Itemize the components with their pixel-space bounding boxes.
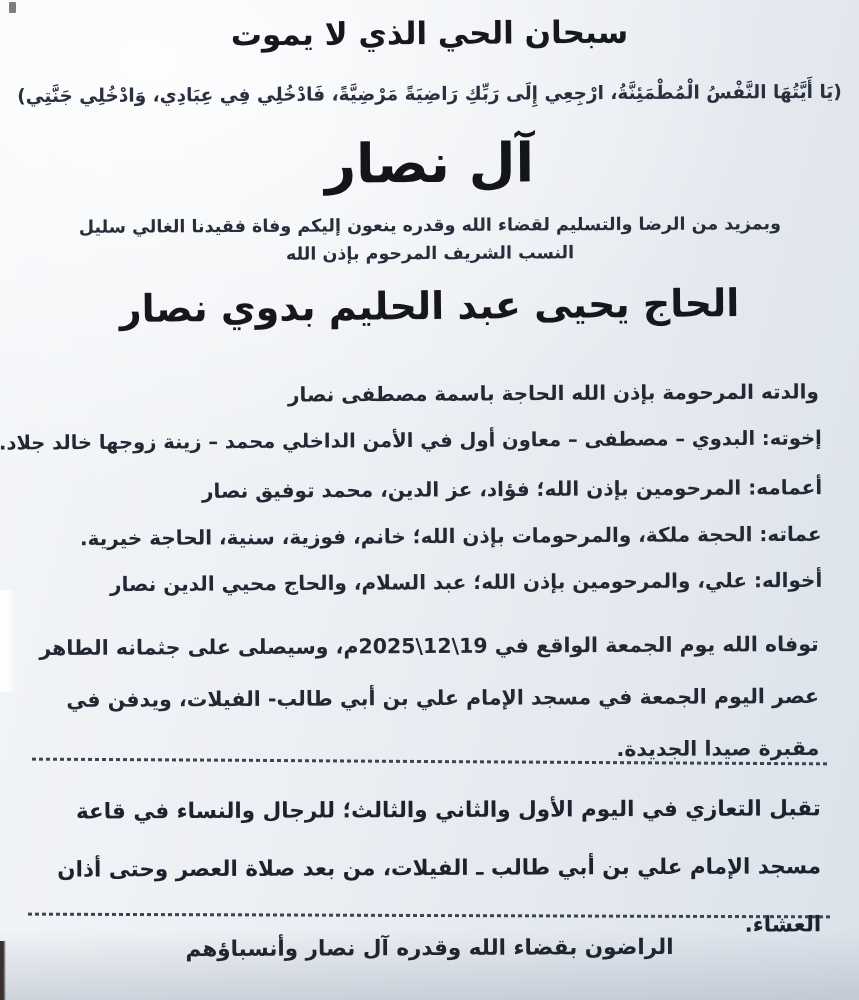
- closing-line: الراضون بقضاء الله وقدره آل نصار وأنسباؤ…: [0, 934, 859, 963]
- funeral-details: توفاه الله يوم الجمعة الواقع في 19\12\20…: [37, 618, 820, 778]
- mother-line: والدته المرحومة بإذن الله الحاجة باسمة م…: [288, 379, 819, 406]
- tasbih-heading: سبحان الحي الذي لا يموت: [0, 13, 859, 55]
- table-edge-dark-strip: [0, 941, 6, 1000]
- paper-edge-highlight: [0, 590, 16, 692]
- paternal-uncles-line: أعمامه: المرحومين بإذن الله؛ فؤاد، عز ال…: [202, 475, 822, 503]
- quran-verse: (يَا أَيَّتُهَا النَّفْسُ الْمُطْمَئِنَّ…: [0, 82, 859, 107]
- condolences-text: تقبل التعازي في اليوم الأول والثاني والث…: [33, 780, 822, 957]
- obituary-photo: سبحان الحي الذي لا يموت (يَا أَيَّتُهَا …: [0, 0, 859, 1000]
- brothers-line: إخوته: البدوي – مصطفى – معاون أول في الأ…: [0, 426, 822, 454]
- paternal-aunts-line: عماته: الحجة ملكة، والمرحومات بإذن الله؛…: [80, 522, 822, 551]
- maternal-uncles-line: أخواله: علي، والمرحومين بإذن الله؛ عبد ا…: [110, 568, 822, 596]
- deceased-name: الحاج يحيى عبد الحليم بدوي نصار: [0, 280, 859, 332]
- photo-artifact-mark: [9, 2, 16, 13]
- family-name-title: آل نصار: [0, 122, 859, 206]
- announcement-text: وبمزيد من الرضا والتسليم لقضاء الله وقدر…: [70, 210, 790, 270]
